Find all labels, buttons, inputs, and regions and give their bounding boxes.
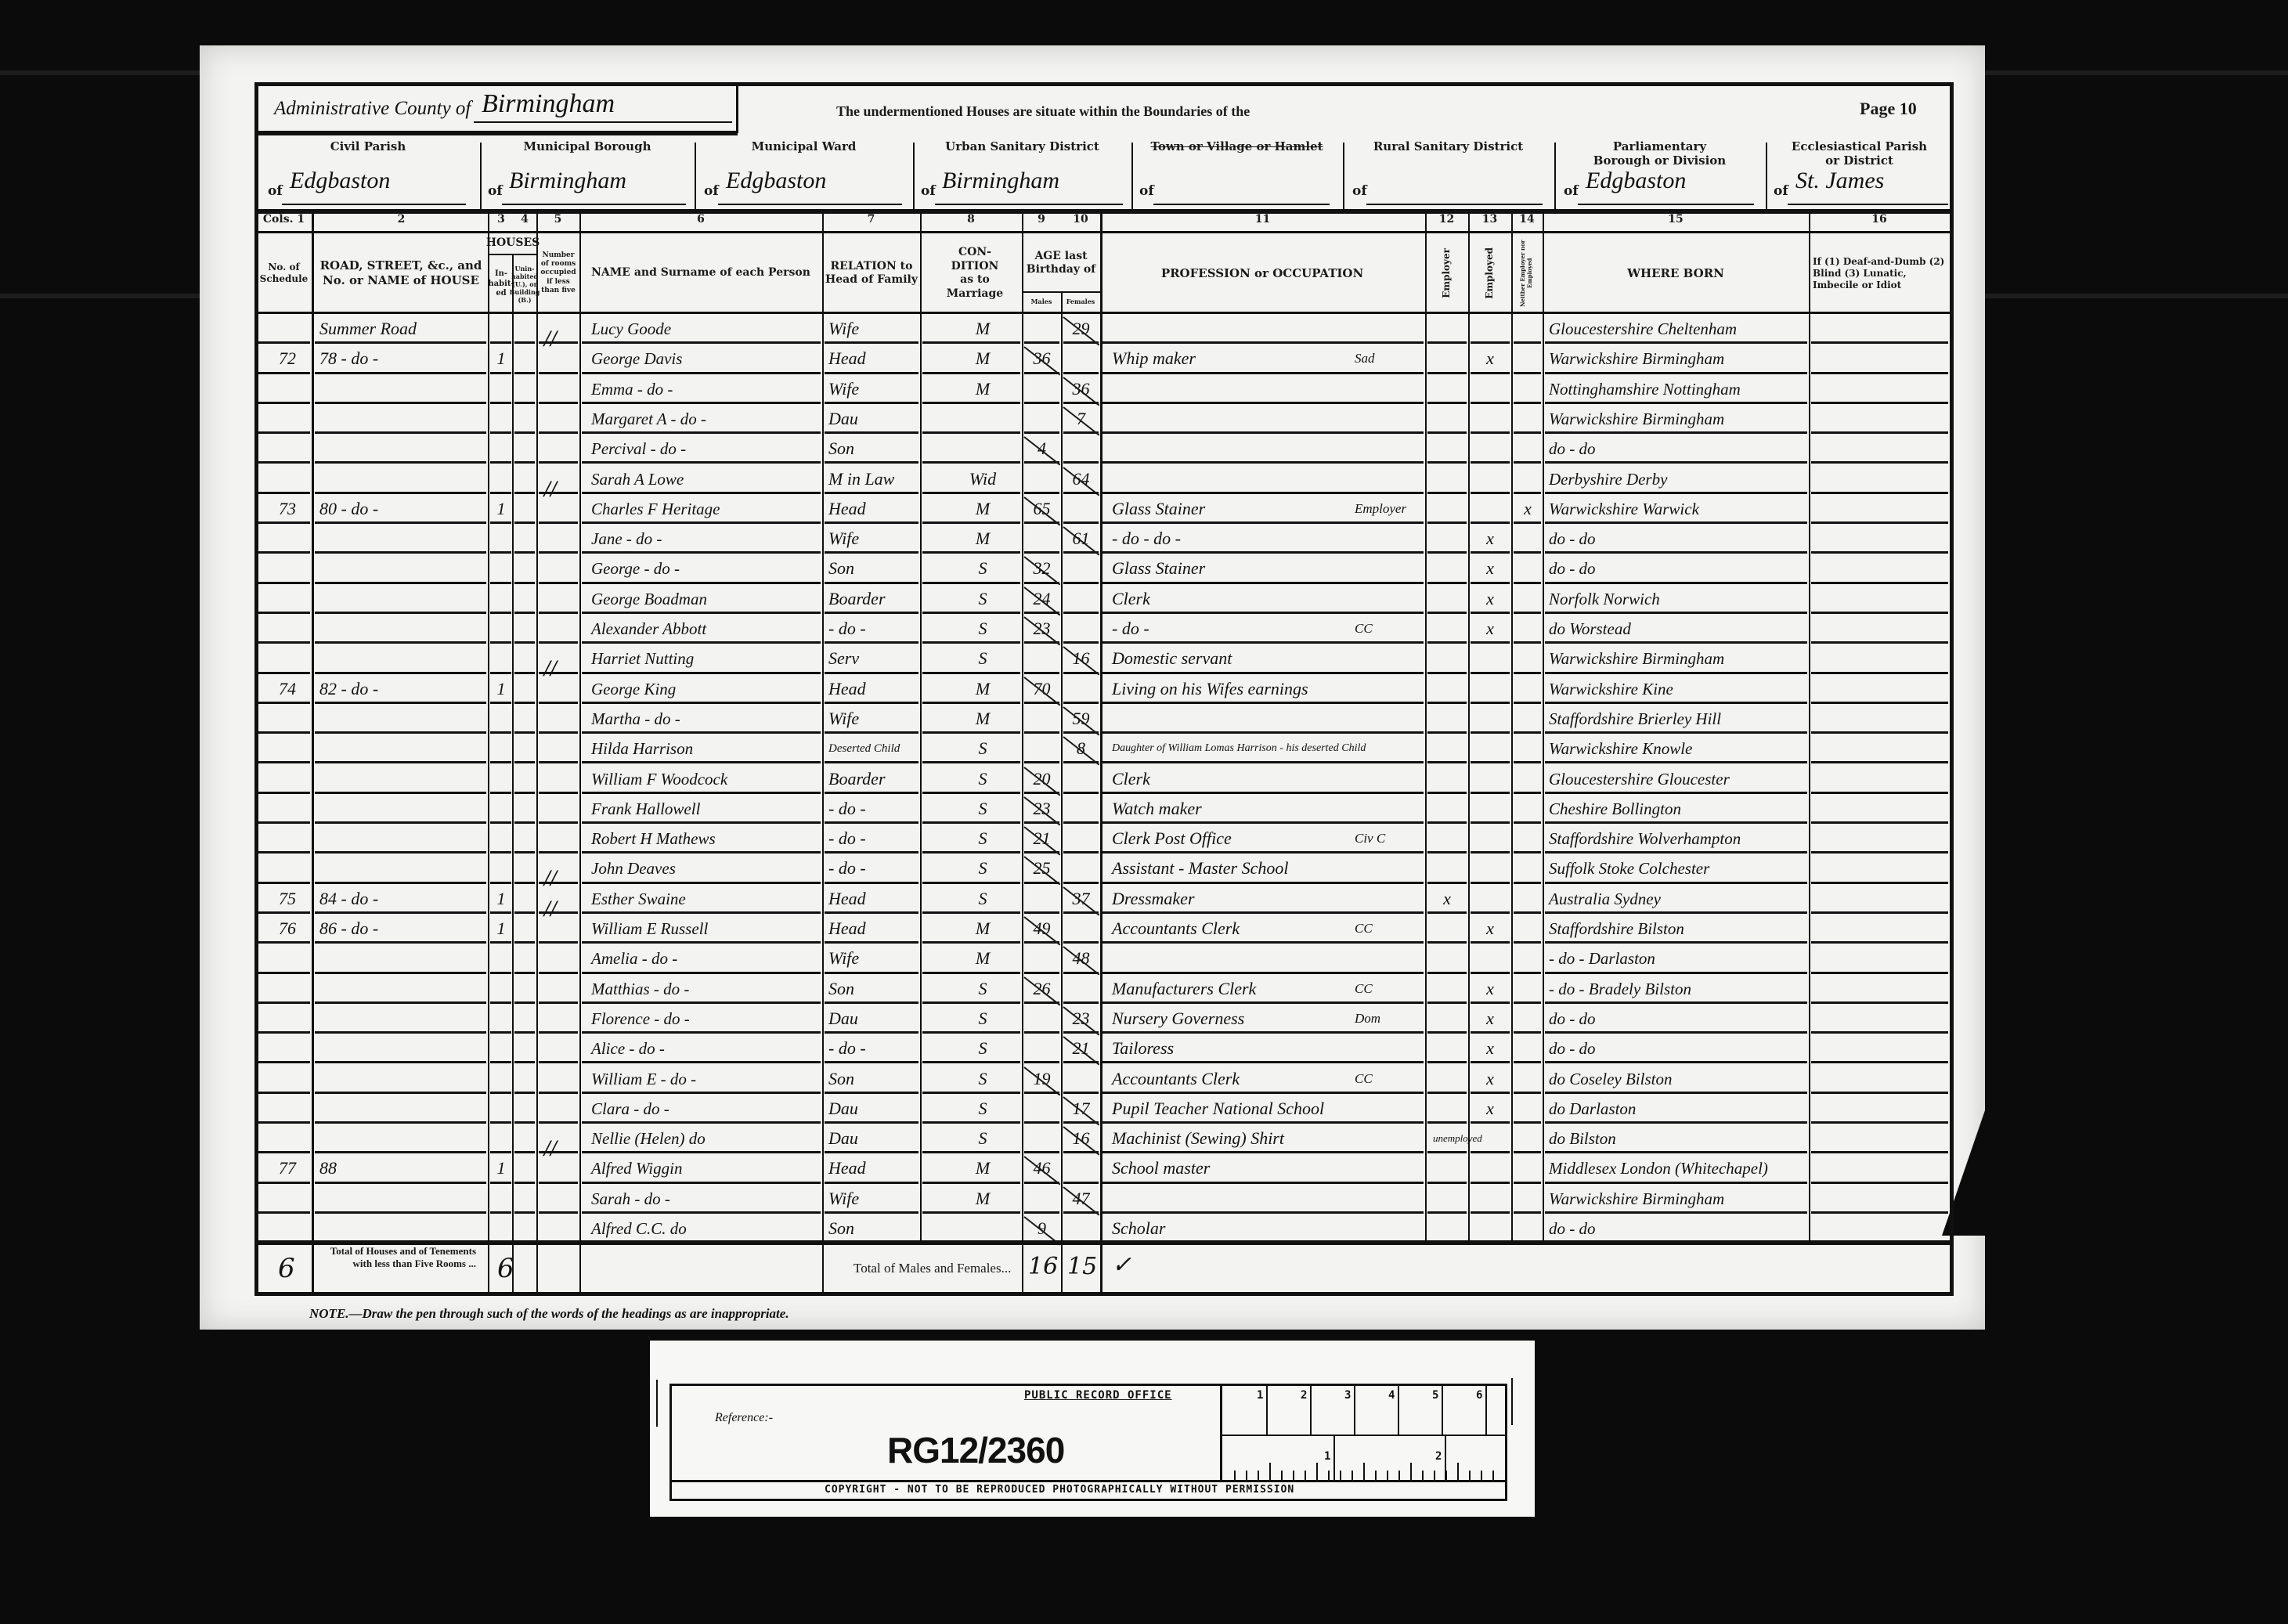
schedule-number: 77 bbox=[265, 1153, 310, 1182]
condition: S bbox=[947, 553, 1018, 583]
inhabited-count bbox=[490, 1063, 512, 1093]
occupation bbox=[1112, 403, 1421, 433]
neither-mark bbox=[1513, 613, 1543, 643]
occupation bbox=[1112, 313, 1421, 343]
condition: S bbox=[947, 1033, 1018, 1063]
employer-mark bbox=[1427, 523, 1467, 553]
age-female bbox=[1063, 913, 1099, 943]
age-female bbox=[1063, 493, 1099, 523]
header-occupation: PROFESSION or OCCUPATION bbox=[1102, 235, 1423, 312]
employer-mark bbox=[1427, 343, 1467, 373]
rooms bbox=[539, 553, 578, 583]
occupation-note: Civ C bbox=[1355, 823, 1385, 853]
table-row: William E - do -SonS19Accountants Clerkx… bbox=[258, 1063, 1950, 1093]
neither-mark bbox=[1513, 733, 1543, 763]
relation: Wife bbox=[828, 1183, 921, 1213]
schedule-number bbox=[265, 1063, 310, 1093]
table-row: Sarah A LoweM in LawWid64Derbyshire Derb… bbox=[258, 464, 1950, 493]
where-born: do Coseley Bilston bbox=[1549, 1063, 1807, 1093]
occupation: Pupil Teacher National School bbox=[1112, 1093, 1421, 1123]
schedule-number bbox=[265, 763, 310, 793]
inhabited-count bbox=[490, 1033, 512, 1063]
inhabited-count bbox=[490, 464, 512, 493]
table-row: George - do -SonS32Glass Stainerxdo - do bbox=[258, 553, 1950, 583]
person-name: Harriet Nutting bbox=[591, 643, 822, 673]
age-female: 23 bbox=[1063, 1003, 1099, 1033]
age-female bbox=[1063, 583, 1099, 613]
age-female: 21 bbox=[1063, 1033, 1099, 1063]
table-row: Clara - do -DauS17Pupil Teacher National… bbox=[258, 1093, 1950, 1123]
employer-mark bbox=[1427, 313, 1467, 343]
total-houses-label: Total of Houses and of Tenements with le… bbox=[319, 1245, 476, 1271]
employed-mark: x bbox=[1470, 973, 1510, 1003]
ruler-cm-label: 5 bbox=[1432, 1389, 1438, 1402]
table-row: 7278 - do -1George DavisHeadM36Whip make… bbox=[258, 343, 1950, 373]
ruler-in: 12 bbox=[1222, 1436, 1507, 1481]
where-born: Australia Sydney bbox=[1549, 883, 1807, 913]
inhabited-count: 1 bbox=[490, 913, 512, 943]
person-name: Sarah - do - bbox=[591, 1183, 822, 1213]
schedule-number bbox=[265, 733, 310, 763]
table-row: 7686 - do -1William E RussellHeadM49Acco… bbox=[258, 913, 1950, 943]
copyright-notice: COPYRIGHT - NOT TO BE REPRODUCED PHOTOGR… bbox=[825, 1484, 1294, 1496]
rooms bbox=[539, 793, 578, 823]
employer-mark bbox=[1427, 613, 1467, 643]
employed-mark bbox=[1470, 643, 1510, 673]
relation: Head bbox=[828, 913, 921, 943]
condition: S bbox=[947, 613, 1018, 643]
person-name: George Boadman bbox=[591, 583, 822, 613]
address bbox=[319, 1033, 484, 1063]
condition: S bbox=[947, 643, 1018, 673]
civil-parish-value: Edgbaston bbox=[290, 168, 390, 194]
occupation bbox=[1112, 464, 1421, 493]
schedule-number bbox=[265, 1183, 310, 1213]
inhabited-count bbox=[490, 733, 512, 763]
where-born: Warwickshire Knowle bbox=[1549, 733, 1807, 763]
age-male bbox=[1024, 883, 1059, 913]
where-born: Cheshire Bollington bbox=[1549, 793, 1807, 823]
person-name: Martha - do - bbox=[591, 703, 822, 733]
header-females: Females bbox=[1061, 293, 1100, 310]
rooms bbox=[539, 763, 578, 793]
inhabited-count bbox=[490, 793, 512, 823]
relation: Wife bbox=[828, 703, 921, 733]
employed-mark bbox=[1470, 403, 1510, 433]
neither-mark bbox=[1513, 374, 1543, 403]
condition bbox=[947, 403, 1018, 433]
age-female: 37 bbox=[1063, 883, 1099, 913]
employed-mark: x bbox=[1470, 343, 1510, 373]
condition: M bbox=[947, 673, 1018, 703]
age-male bbox=[1024, 1003, 1059, 1033]
inhabited-count bbox=[490, 763, 512, 793]
address bbox=[319, 643, 484, 673]
schedule-number bbox=[265, 583, 310, 613]
table-row: Hilda HarrisonDeserted ChildS8Daughter o… bbox=[258, 733, 1950, 763]
condition bbox=[947, 1213, 1018, 1243]
rooms bbox=[539, 613, 578, 643]
inhabited-count: 1 bbox=[490, 1153, 512, 1182]
neither-mark bbox=[1513, 823, 1543, 853]
employed-mark bbox=[1470, 493, 1510, 523]
employer-mark bbox=[1427, 643, 1467, 673]
schedule-number bbox=[265, 313, 310, 343]
table-row: Alice - do -- do -S21Tailoressxdo - do bbox=[258, 1033, 1950, 1063]
age-female bbox=[1063, 613, 1099, 643]
rooms bbox=[539, 523, 578, 553]
table-row: Jane - do -WifeM61- do - do -xdo - do bbox=[258, 523, 1950, 553]
relation: - do - bbox=[828, 853, 921, 882]
where-born: do - do bbox=[1549, 433, 1807, 463]
employer-mark bbox=[1427, 464, 1467, 493]
relation: - do - bbox=[828, 823, 921, 853]
condition: S bbox=[947, 883, 1018, 913]
condition: S bbox=[947, 1093, 1018, 1123]
header-houses: HOUSES bbox=[489, 233, 536, 254]
person-name: Florence - do - bbox=[591, 1003, 822, 1033]
age-male: 4 bbox=[1024, 433, 1059, 463]
person-name: William E - do - bbox=[591, 1063, 822, 1093]
table-row: Margaret A - do -Dau7Warwickshire Birmin… bbox=[258, 403, 1950, 433]
inhabited-count bbox=[490, 313, 512, 343]
neither-mark bbox=[1513, 523, 1543, 553]
occupation bbox=[1112, 1183, 1421, 1213]
person-name: Robert H Mathews bbox=[591, 823, 822, 853]
neither-mark bbox=[1513, 1033, 1543, 1063]
address: 88 bbox=[319, 1153, 484, 1182]
schedule-number bbox=[265, 943, 310, 973]
household-end-mark: ∕∕ bbox=[544, 897, 557, 919]
neither-mark bbox=[1513, 883, 1543, 913]
rooms bbox=[539, 823, 578, 853]
relation: Wife bbox=[828, 943, 921, 973]
schedule-number bbox=[265, 553, 310, 583]
admin-county-label: Administrative County of bbox=[274, 98, 471, 120]
header-name: NAME and Surname of each Person bbox=[587, 235, 814, 312]
occupation-note: Dom bbox=[1355, 1003, 1380, 1033]
employer-mark bbox=[1427, 403, 1467, 433]
table-row: Summer RoadLucy GoodeWifeM29Gloucestersh… bbox=[258, 313, 1950, 343]
person-name: Alice - do - bbox=[591, 1033, 822, 1063]
employed-mark bbox=[1470, 1183, 1510, 1213]
person-name: Margaret A - do - bbox=[591, 403, 822, 433]
person-name: Charles F Heritage bbox=[591, 493, 822, 523]
occupation: - do - bbox=[1112, 613, 1421, 643]
condition: M bbox=[947, 313, 1018, 343]
table-row: John Deaves- do -S25Assistant - Master S… bbox=[258, 853, 1950, 882]
employer-mark: x bbox=[1427, 883, 1467, 913]
district-ecclesiastical: Ecclesiastical Parish or District of St.… bbox=[1767, 135, 1951, 209]
employed-mark bbox=[1470, 1153, 1510, 1182]
relation: Serv bbox=[828, 643, 921, 673]
header-age: AGE last Birthday of bbox=[1022, 235, 1100, 291]
neither-mark bbox=[1513, 1093, 1543, 1123]
inhabited-count bbox=[490, 1093, 512, 1123]
employer-mark bbox=[1427, 433, 1467, 463]
where-born: Norfolk Norwich bbox=[1549, 583, 1807, 613]
relation: M in Law bbox=[828, 464, 921, 493]
address bbox=[319, 973, 484, 1003]
inhabited-count bbox=[490, 403, 512, 433]
relation: Son bbox=[828, 433, 921, 463]
address bbox=[319, 613, 484, 643]
employer-mark bbox=[1427, 374, 1467, 403]
where-born: Suffolk Stoke Colchester bbox=[1549, 853, 1807, 882]
inhabited-count bbox=[490, 823, 512, 853]
address bbox=[319, 523, 484, 553]
table-row: Percival - do -Son4do - do bbox=[258, 433, 1950, 463]
address bbox=[319, 733, 484, 763]
occupation-note: CC bbox=[1355, 973, 1373, 1003]
person-name: Clara - do - bbox=[591, 1093, 822, 1123]
rooms bbox=[539, 433, 578, 463]
condition: M bbox=[947, 913, 1018, 943]
age-female bbox=[1063, 823, 1099, 853]
neither-mark bbox=[1513, 464, 1543, 493]
checkmark-icon: ✓ bbox=[1112, 1251, 1131, 1279]
person-name: Matthias - do - bbox=[591, 973, 822, 1003]
age-male: 21 bbox=[1024, 823, 1059, 853]
where-born: Middlesex London (Whitechapel) bbox=[1549, 1153, 1807, 1182]
schedule-number bbox=[265, 793, 310, 823]
employer-mark bbox=[1427, 763, 1467, 793]
header-employed: Employed bbox=[1468, 235, 1511, 312]
age-female: 16 bbox=[1063, 643, 1099, 673]
employer-mark bbox=[1427, 1183, 1467, 1213]
employer-mark bbox=[1427, 673, 1467, 703]
table-row: Martha - do -WifeM59Staffordshire Brierl… bbox=[258, 703, 1950, 733]
district-municipal-ward: Municipal Ward of Edgbaston bbox=[696, 135, 911, 209]
occupation bbox=[1112, 703, 1421, 733]
schedule-number bbox=[265, 1123, 310, 1153]
occupation: Accountants Clerk bbox=[1112, 1063, 1421, 1093]
neither-mark bbox=[1513, 643, 1543, 673]
age-female bbox=[1063, 763, 1099, 793]
inhabited-count bbox=[490, 1183, 512, 1213]
age-female bbox=[1063, 1063, 1099, 1093]
office-title: PUBLIC RECORD OFFICE bbox=[1024, 1389, 1172, 1402]
where-born: Derbyshire Derby bbox=[1549, 464, 1807, 493]
address bbox=[319, 1093, 484, 1123]
relation: Boarder bbox=[828, 763, 921, 793]
person-name: Esther Swaine bbox=[591, 883, 822, 913]
neither-mark bbox=[1513, 433, 1543, 463]
employed-mark: x bbox=[1470, 523, 1510, 553]
neither-mark bbox=[1513, 313, 1543, 343]
inhabited-count: 1 bbox=[490, 673, 512, 703]
header-address: ROAD, STREET, &c., and No. or NAME of HO… bbox=[315, 235, 487, 312]
table-row: 7380 - do -1Charles F HeritageHeadM65Gla… bbox=[258, 493, 1950, 523]
relation: Son bbox=[828, 1063, 921, 1093]
inhabited-count bbox=[490, 433, 512, 463]
age-female bbox=[1063, 973, 1099, 1003]
employed-mark: x bbox=[1470, 1093, 1510, 1123]
age-male: 65 bbox=[1024, 493, 1059, 523]
where-born: - do - Darlaston bbox=[1549, 943, 1807, 973]
employed-mark bbox=[1470, 853, 1510, 882]
address bbox=[319, 793, 484, 823]
where-born: Nottinghamshire Nottingham bbox=[1549, 374, 1807, 403]
age-female: 7 bbox=[1063, 403, 1099, 433]
age-female bbox=[1063, 433, 1099, 463]
occupation: Accountants Clerk bbox=[1112, 913, 1421, 943]
condition: S bbox=[947, 583, 1018, 613]
district-rural-sanitary: Rural Sanitary District of bbox=[1344, 135, 1552, 209]
person-name: William E Russell bbox=[591, 913, 822, 943]
rooms bbox=[539, 943, 578, 973]
where-born: do - do bbox=[1549, 523, 1807, 553]
occupation: Manufacturers Clerk bbox=[1112, 973, 1421, 1003]
inhabited-count bbox=[490, 374, 512, 403]
age-male bbox=[1024, 703, 1059, 733]
neither-mark bbox=[1513, 673, 1543, 703]
person-name: Alfred Wiggin bbox=[591, 1153, 822, 1182]
inhabited-count bbox=[490, 703, 512, 733]
address: 86 - do - bbox=[319, 913, 484, 943]
person-name: Amelia - do - bbox=[591, 943, 822, 973]
table-row: Alexander Abbott- do -S23- do -xdo Worst… bbox=[258, 613, 1950, 643]
condition: S bbox=[947, 823, 1018, 853]
condition: M bbox=[947, 523, 1018, 553]
where-born: Staffordshire Bilston bbox=[1549, 913, 1807, 943]
neither-mark bbox=[1513, 853, 1543, 882]
inhabited-count bbox=[490, 973, 512, 1003]
age-male: 23 bbox=[1024, 793, 1059, 823]
address bbox=[319, 1213, 484, 1243]
household-end-mark: ∕∕ bbox=[544, 478, 557, 500]
condition: S bbox=[947, 733, 1018, 763]
age-female: 36 bbox=[1063, 374, 1099, 403]
schedule-number bbox=[265, 523, 310, 553]
rooms bbox=[539, 973, 578, 1003]
age-female bbox=[1063, 673, 1099, 703]
person-name: Frank Hallowell bbox=[591, 793, 822, 823]
schedule-number bbox=[265, 1003, 310, 1033]
condition: M bbox=[947, 343, 1018, 373]
header-males: Males bbox=[1022, 293, 1061, 310]
condition: S bbox=[947, 1003, 1018, 1033]
inhabited-count bbox=[490, 643, 512, 673]
inhabited-count bbox=[490, 1003, 512, 1033]
neither-mark bbox=[1513, 1123, 1543, 1153]
relation: Dau bbox=[828, 1003, 921, 1033]
employer-mark bbox=[1427, 1093, 1467, 1123]
table-row: 77881Alfred WigginHeadM46School masterMi… bbox=[258, 1153, 1950, 1182]
table-row: Florence - do -DauS23Nursery Governessxd… bbox=[258, 1003, 1950, 1033]
header-condition: CON-DITION as to Marriage bbox=[947, 235, 1002, 312]
inhabited-count bbox=[490, 553, 512, 583]
employer-mark bbox=[1427, 1033, 1467, 1063]
where-born: Warwickshire Birmingham bbox=[1549, 343, 1807, 373]
schedule-number bbox=[265, 1213, 310, 1243]
rooms bbox=[539, 583, 578, 613]
address bbox=[319, 553, 484, 583]
occupation-note: CC bbox=[1355, 913, 1373, 943]
schedule-number bbox=[265, 433, 310, 463]
age-male: 26 bbox=[1024, 973, 1059, 1003]
age-male: 36 bbox=[1024, 343, 1059, 373]
relation: Head bbox=[828, 673, 921, 703]
person-name: Nellie (Helen) do bbox=[591, 1123, 822, 1153]
rooms bbox=[539, 374, 578, 403]
age-female bbox=[1063, 343, 1099, 373]
condition: M bbox=[947, 943, 1018, 973]
where-born: Staffordshire Brierley Hill bbox=[1549, 703, 1807, 733]
condition: M bbox=[947, 1183, 1018, 1213]
age-female bbox=[1063, 853, 1099, 882]
schedule-number bbox=[265, 973, 310, 1003]
where-born: Staffordshire Wolverhampton bbox=[1549, 823, 1807, 853]
ruler-cm-label: 1 bbox=[1257, 1389, 1263, 1402]
where-born: do Bilston bbox=[1549, 1123, 1807, 1153]
age-male bbox=[1024, 943, 1059, 973]
neither-mark bbox=[1513, 913, 1543, 943]
where-born: do Darlaston bbox=[1549, 1093, 1807, 1123]
municipal-borough-value: Birmingham bbox=[509, 168, 626, 194]
where-born: do - do bbox=[1549, 553, 1807, 583]
schedule-number: 73 bbox=[265, 493, 310, 523]
district-municipal-borough: Municipal Borough of Birmingham bbox=[482, 135, 693, 209]
schedule-number bbox=[265, 643, 310, 673]
table-row: George BoadmanBoarderS24ClerkxNorfolk No… bbox=[258, 583, 1950, 613]
age-female: 64 bbox=[1063, 464, 1099, 493]
age-female: 8 bbox=[1063, 733, 1099, 763]
where-born: do - do bbox=[1549, 1213, 1807, 1243]
relation: Boarder bbox=[828, 583, 921, 613]
header-where-born: WHERE BORN bbox=[1544, 235, 1807, 312]
relation: Deserted Child bbox=[828, 733, 921, 763]
schedule-number bbox=[265, 374, 310, 403]
age-male: 9 bbox=[1024, 1213, 1059, 1243]
intro-text: The undermentioned Houses are situate wi… bbox=[836, 103, 1250, 120]
footnote: NOTE.—Draw the pen through such of the w… bbox=[309, 1306, 789, 1322]
condition: S bbox=[947, 1123, 1018, 1153]
age-male bbox=[1024, 313, 1059, 343]
household-end-mark: ∕∕ bbox=[544, 657, 557, 679]
census-form: Administrative County of Birmingham The … bbox=[254, 82, 1954, 1296]
header-infirmity: If (1) Deaf-and-Dumb (2) Blind (3) Lunat… bbox=[1813, 235, 1946, 312]
employed-mark bbox=[1470, 1213, 1510, 1243]
inhabited-count bbox=[490, 943, 512, 973]
occupation-note: CC bbox=[1355, 1063, 1373, 1093]
person-name: Percival - do - bbox=[591, 433, 822, 463]
occupation: Assistant - Master School bbox=[1112, 853, 1421, 882]
address bbox=[319, 853, 484, 882]
person-name: George Davis bbox=[591, 343, 822, 373]
ruler-inch-label: 1 bbox=[1324, 1450, 1330, 1463]
table-row: Frank Hallowell- do -S23Watch makerChesh… bbox=[258, 793, 1950, 823]
person-name: Alfred C.C. do bbox=[591, 1213, 822, 1243]
municipal-ward-value: Edgbaston bbox=[726, 168, 826, 194]
employed-mark bbox=[1470, 673, 1510, 703]
occupation bbox=[1112, 374, 1421, 403]
inhabited-count bbox=[490, 1123, 512, 1153]
reference-stamp: PUBLIC RECORD OFFICE Reference:- RG12/23… bbox=[650, 1341, 1535, 1517]
relation: Wife bbox=[828, 374, 921, 403]
condition: S bbox=[947, 793, 1018, 823]
inhabited-count: 1 bbox=[490, 883, 512, 913]
age-male: 20 bbox=[1024, 763, 1059, 793]
age-female bbox=[1063, 793, 1099, 823]
ruler-cm-label: 6 bbox=[1476, 1389, 1482, 1402]
condition: M bbox=[947, 374, 1018, 403]
employed-mark bbox=[1470, 433, 1510, 463]
district-urban-sanitary: Urban Sanitary District of Birmingham bbox=[915, 135, 1130, 209]
reference-code: RG12/2360 bbox=[887, 1429, 1064, 1471]
address bbox=[319, 823, 484, 853]
total-persons-label: Total of Males and Females... bbox=[853, 1261, 1011, 1276]
